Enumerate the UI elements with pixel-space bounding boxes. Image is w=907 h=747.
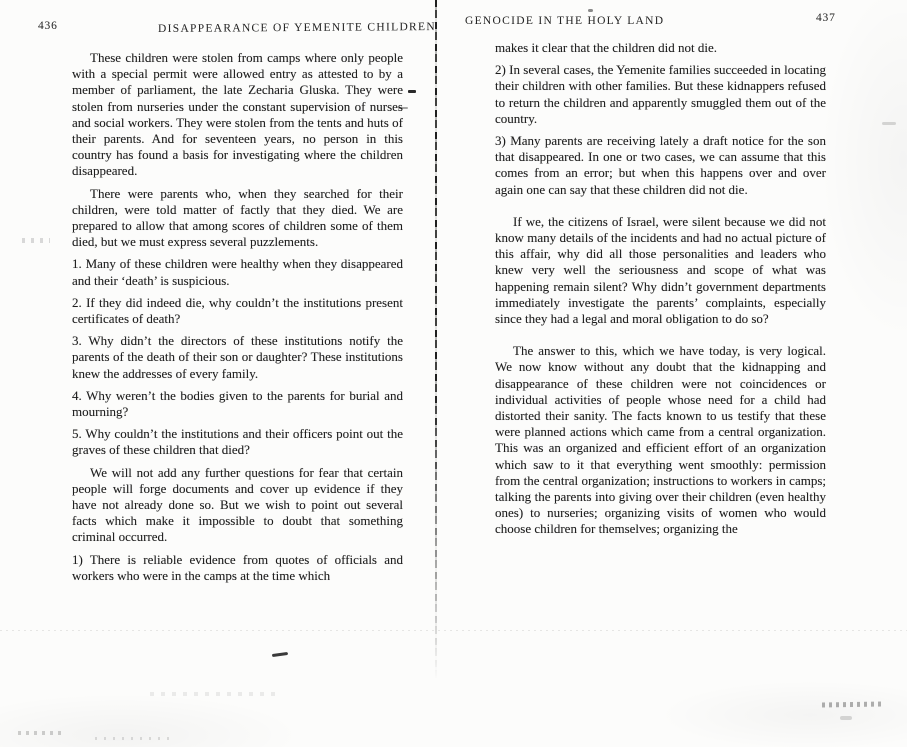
paragraph: If we, the citizens of Israel, were sile… xyxy=(495,214,826,327)
left-page: 436 DISAPPEARANCE OF YEMENITE CHILDREN T… xyxy=(0,0,437,747)
book-spread: 436 DISAPPEARANCE OF YEMENITE CHILDREN T… xyxy=(0,0,907,747)
paragraph: The answer to this, which we have today,… xyxy=(495,343,826,537)
right-running-header: GENOCIDE IN THE HOLY LAND xyxy=(465,15,664,27)
page-gutter-seam xyxy=(435,0,437,680)
left-running-header: DISAPPEARANCE OF YEMENITE CHILDREN xyxy=(158,21,436,35)
paragraph: There were parents who, when they search… xyxy=(72,186,403,251)
paragraph: We will not add any further questions fo… xyxy=(72,465,403,546)
numbered-item: 4. Why weren’t the bodies given to the p… xyxy=(72,388,403,420)
numbered-item: 5. Why couldn’t the institutions and the… xyxy=(72,426,403,458)
numbered-item: 3) Many parents are receiving lately a d… xyxy=(495,133,826,198)
scan-line-artifact xyxy=(0,630,907,631)
numbered-item: 2. If they did indeed die, why couldn’t … xyxy=(72,295,403,327)
numbered-item: 2) In several cases, the Yemenite famili… xyxy=(495,62,826,127)
numbered-item: 1. Many of these children were healthy w… xyxy=(72,256,403,288)
numbered-item: 3. Why didn’t the directors of these ins… xyxy=(72,333,403,382)
right-page-number: 437 xyxy=(816,12,836,24)
right-page-text: makes it clear that the children did not… xyxy=(495,40,826,538)
right-page: GENOCIDE IN THE HOLY LAND 437 makes it c… xyxy=(440,0,907,747)
paragraph: makes it clear that the children did not… xyxy=(495,40,826,56)
numbered-item: 1) There is reliable evidence from quote… xyxy=(72,552,403,584)
left-page-number: 436 xyxy=(38,20,58,32)
paragraph: These children were stolen from camps wh… xyxy=(72,50,403,180)
left-page-text: These children were stolen from camps wh… xyxy=(72,50,403,584)
